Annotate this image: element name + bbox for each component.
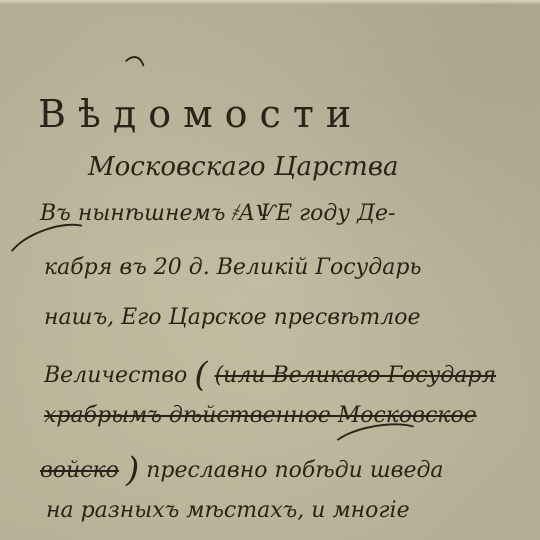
close-parenthesis: ) [126, 450, 139, 490]
manuscript-line-3: нашъ, Его Царское пресвѣтлое [44, 305, 421, 330]
manuscript-line-1: Въ нынѣшнемъ ҂АѰЕ году Де- [40, 200, 395, 226]
open-parenthesis: ( [194, 355, 207, 395]
manuscript-line-2: кабря въ 20 д. Великій Государь [44, 255, 421, 280]
manuscript-line-7: на разныхъ мѣстахъ, и многіе [46, 498, 410, 523]
line-text: кабря въ 20 д. Великій Государь [44, 255, 421, 280]
line-text: нашъ, Его Царское пресвѣтлое [44, 305, 421, 330]
document-title: Вѣдомости [38, 92, 363, 136]
line-text: Величество [44, 363, 187, 388]
line-text: преславно побѣди шведа [146, 458, 443, 483]
line-text: Въ нынѣшнемъ ҂АѰЕ году Де- [40, 201, 395, 226]
struck-text: (или Великаго Государя [215, 363, 497, 388]
document-subtitle: Московскаго Царства [88, 152, 398, 182]
line-text: на разныхъ мѣстахъ, и многіе [46, 498, 410, 523]
manuscript-line-4: Величество ( (или Великаго Государя [44, 355, 496, 395]
page-top-edge [0, 0, 540, 4]
struck-text: войско [40, 458, 119, 483]
